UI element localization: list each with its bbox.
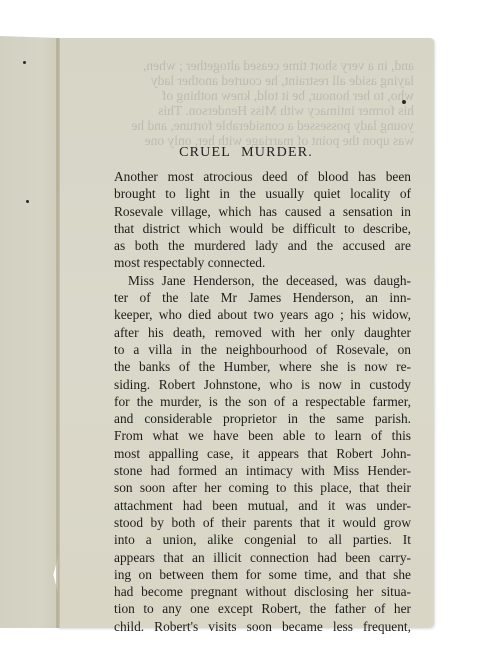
text-line: Rosevale village, which has caused a sen… bbox=[114, 203, 411, 220]
bleed-through-text: and, in a very short time ceased altoget… bbox=[114, 58, 414, 148]
text-line: after his death, removed with her only d… bbox=[114, 324, 411, 341]
text-line: attachment had been mutual, and it was u… bbox=[114, 497, 411, 514]
text-line: Miss Jane Henderson, the deceased, was d… bbox=[114, 272, 411, 289]
text-line: siding. Robert Johnstone, who is now in … bbox=[114, 376, 411, 393]
text-line: son soon after her coming to this place,… bbox=[114, 479, 411, 496]
book-spine bbox=[56, 38, 60, 628]
article-body: Another most atrocious deed of blood has… bbox=[114, 168, 411, 635]
text-line: Another most atrocious deed of blood has… bbox=[114, 168, 411, 185]
text-line: stood by both of their parents that it w… bbox=[114, 514, 411, 531]
text-line: into a union, alike congenial to all par… bbox=[114, 531, 411, 548]
ink-spot bbox=[26, 200, 29, 203]
bleed-line: young lady possessed a considerable fort… bbox=[114, 118, 414, 133]
bleed-line: who, to her honour, be it told, knew not… bbox=[114, 88, 414, 103]
text-line: had become pregnant without disclosing h… bbox=[114, 583, 411, 600]
bleed-line: his former intimacy with Miss Henderson.… bbox=[114, 103, 414, 118]
text-line: most appalling case, it appears that Rob… bbox=[114, 445, 411, 462]
text-line: for the murder, is the son of a respecta… bbox=[114, 393, 411, 410]
text-line: ter of the late Mr James Henderson, an i… bbox=[114, 289, 411, 306]
bleed-line: laying aside all restraint, he courted a… bbox=[114, 73, 414, 88]
text-line: ing on between them for some time, and t… bbox=[114, 566, 411, 583]
text-line: child. Robert's visits soon became less … bbox=[114, 618, 411, 635]
text-line: From what we have been able to learn of … bbox=[114, 427, 411, 444]
text-line: stone had formed an intimacy with Miss H… bbox=[114, 462, 411, 479]
text-line: to a villa in the neighbourhood of Rosev… bbox=[114, 341, 411, 358]
text-line: brought to light in the usually quiet lo… bbox=[114, 185, 411, 202]
text-line: appears that an illicit connection had b… bbox=[114, 549, 411, 566]
ink-spot bbox=[23, 61, 26, 64]
text-line: tion to any one except Robert, the fathe… bbox=[114, 600, 411, 617]
text-line: most respectably connected. bbox=[114, 254, 411, 271]
left-page bbox=[0, 36, 58, 628]
page-title: CRUEL MURDER. bbox=[58, 145, 434, 161]
text-line: keeper, who died about two years ago ; h… bbox=[114, 306, 411, 323]
text-line: as both the murdered lady and the accuse… bbox=[114, 237, 411, 254]
text-line: and considerable proprietor in the same … bbox=[114, 410, 411, 427]
text-line: that district which would be difficult t… bbox=[114, 220, 411, 237]
bleed-line: and, in a very short time ceased altoget… bbox=[114, 58, 414, 73]
text-line: the banks of the Humber, where she is no… bbox=[114, 358, 411, 375]
